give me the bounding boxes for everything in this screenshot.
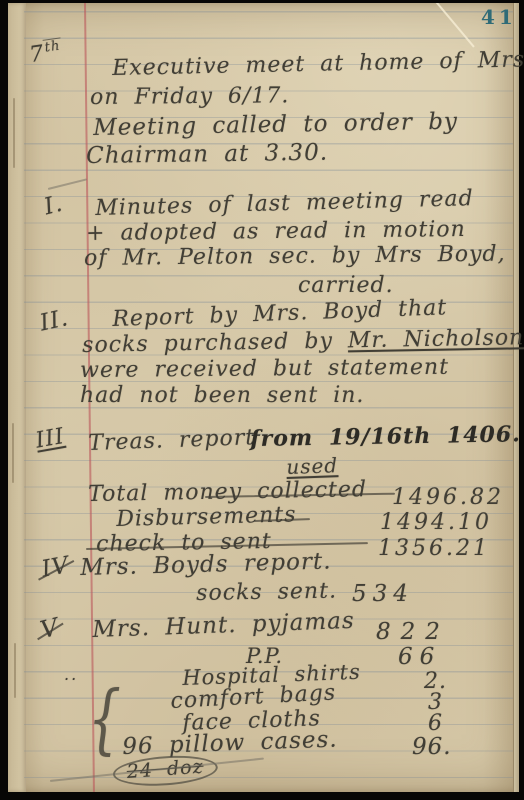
binding-crease xyxy=(12,423,14,483)
item3-label: Treas. report xyxy=(88,427,255,455)
item4-amount: 534 xyxy=(352,583,414,606)
item3-row3-amount: 1356.21 xyxy=(378,538,490,560)
binding-crease xyxy=(14,643,16,698)
item1-line-3: of Mr. Pelton sec. by Mrs Boyd, xyxy=(84,244,506,270)
heading-line-4: Chairman at 3.30. xyxy=(86,142,328,168)
binding-crease xyxy=(13,98,15,168)
item3-row1-prefix: Total money xyxy=(88,479,257,507)
item2-line-4: had not been sent in. xyxy=(80,385,364,407)
item5-row6-amount: 96. xyxy=(412,736,452,759)
item4-numeral: IV xyxy=(40,554,71,581)
heading-line-3: Meeting called to order by xyxy=(93,111,458,140)
item3-row1-struck-word: collected xyxy=(257,477,367,504)
item2-numeral: II. xyxy=(38,307,71,335)
item3-inserted-word: used xyxy=(286,455,338,477)
item2-line-3: were received but statement xyxy=(80,357,449,382)
scanned-minutes-page: 41 7th Executive meet at home of Mrs Lau… xyxy=(0,0,524,800)
item5-row1-amount: 822 xyxy=(376,621,450,644)
item2-line-2-text: socks purchased by xyxy=(82,328,348,358)
page-number: 41 xyxy=(481,7,517,27)
item3-row2-amount: 1494.10 xyxy=(380,512,492,534)
item2-underlined-name: Mr. Nicholson xyxy=(348,325,524,353)
margin-date-suffix: th xyxy=(43,37,63,55)
item3-row2-label: Disbursements xyxy=(116,504,297,531)
margin-date: 7th xyxy=(28,39,64,67)
item3-row1-label: Total money collected xyxy=(88,479,367,506)
item5-row5-amount: 6 xyxy=(428,713,443,735)
heading-line-2: on Friday 6/17. xyxy=(90,85,289,109)
page-right-edge xyxy=(513,3,519,792)
item1-line-2: + adopted as read in motion xyxy=(86,219,466,245)
item5-row2-amount: 66 xyxy=(398,646,441,669)
ditto-mark: .. xyxy=(64,667,78,683)
item1-line-4: carried. xyxy=(298,275,394,297)
item4-line-2: socks sent. xyxy=(196,581,337,605)
item3-numeral: III xyxy=(34,426,66,453)
brace-mark: { xyxy=(88,682,121,757)
item3-note: from 19/16th 1406. xyxy=(250,423,521,450)
item3-row1-amount: 1496.82 xyxy=(392,487,504,509)
